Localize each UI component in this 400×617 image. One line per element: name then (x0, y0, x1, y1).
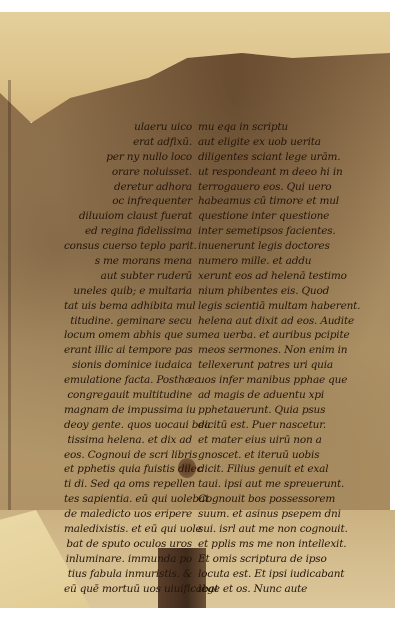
manuscript-line: tellexerunt patres uri quia (198, 358, 348, 373)
manuscript-line: tes sapientia. eū qui uolebat (64, 492, 192, 507)
manuscript-line: dicitū est. Puer nascetur. (198, 418, 348, 433)
manuscript-line: meos sermones. Non enim in (198, 343, 348, 358)
manuscript-line: Cognouit bos possessorem (198, 492, 348, 507)
manuscript-line: et mater eius uirū non a (198, 433, 348, 448)
manuscript-line: Et omis scriptura de ipso (198, 552, 348, 567)
left-text-column: ulaeru uicoerat adfixū.per ny nullo loco… (64, 120, 192, 597)
manuscript-line: lege et os. Nunc aute (198, 582, 348, 597)
manuscript-line: diluuiom claust fuerat (64, 209, 192, 224)
right-text-column: mu eqa in scriptuaut eligite ex uob ueri… (198, 120, 348, 597)
manuscript-line: s me morans mena (64, 254, 192, 269)
manuscript-line: uneles quib; e multaria (64, 284, 192, 299)
manuscript-line: ti di. Sed qa oms repellen (64, 477, 192, 492)
manuscript-line: ut respondeant m deeo hi in (198, 165, 348, 180)
manuscript-line: sionis dominice iudaica (64, 358, 192, 373)
manuscript-line: pphetauerunt. Quia psus (198, 403, 348, 418)
manuscript-line: questione inter questione (198, 209, 348, 224)
manuscript-line: titudine. geminare secu (64, 314, 192, 329)
manuscript-line: maledixistis. et eū qui uole (64, 522, 192, 537)
manuscript-line: congregauit multitudine (64, 388, 192, 403)
binding-edge (8, 80, 11, 520)
manuscript-line: eū quē mortuū uos uiuificabat (64, 582, 192, 597)
manuscript-line: orare noluisset. (64, 165, 192, 180)
manuscript-line: consus cuerso teplo parit. (64, 239, 192, 254)
manuscript-line: uos infer manibus pphae que (198, 373, 348, 388)
manuscript-line: inluminare. immunda po (64, 552, 192, 567)
manuscript-line: ed regina fidelissima (64, 224, 192, 239)
manuscript-line: locuta est. Et ipsi iudicabant (198, 567, 348, 582)
manuscript-line: ad magis de aduentu xpi (198, 388, 348, 403)
manuscript-line: per ny nullo loco (64, 150, 192, 165)
manuscript-line: xerunt eos ad helenā testimo (198, 269, 348, 284)
manuscript-line: emulatione facta. Posthæc (64, 373, 192, 388)
manuscript-line: deoy gente. quos uocaui bea (64, 418, 192, 433)
manuscript-line: deretur adhora (64, 180, 192, 195)
manuscript-line: gnoscet. et iteruū uobis (198, 448, 348, 463)
manuscript-line: erant illic ai tempore pas (64, 343, 192, 358)
manuscript-line: mu eqa in scriptu (198, 120, 348, 135)
manuscript-line: dicit. Filius genuit et exal (198, 462, 348, 477)
manuscript-line: erat adfixū. (64, 135, 192, 150)
manuscript-line: nium phibentes eis. Quod (198, 284, 348, 299)
manuscript-line: helena aut dixit ad eos. Audite (198, 314, 348, 329)
manuscript-line: tissima helena. et dix ad (64, 433, 192, 448)
manuscript-line: de maledicto uos eripere (64, 507, 192, 522)
manuscript-line: magnam de impussima iu (64, 403, 192, 418)
manuscript-line: aut subter ruderū (64, 269, 192, 284)
manuscript-line: aut eligite ex uob uerita (198, 135, 348, 150)
manuscript-line: tat uis bema adhibita mul (64, 299, 192, 314)
manuscript-line: inter semetipsos facientes. (198, 224, 348, 239)
manuscript-line: habeamus cū timore et mul (198, 194, 348, 209)
manuscript-line: locum omem abhis que su (64, 328, 192, 343)
manuscript-line: sui. isrl aut me non cognouit. (198, 522, 348, 537)
manuscript-line: oc infrequenter (64, 194, 192, 209)
manuscript-line: taui. ipsi aut me spreuerunt. (198, 477, 348, 492)
manuscript-line: diligentes sciant lege urām. (198, 150, 348, 165)
manuscript-line: terrogauero eos. Qui uero (198, 180, 348, 195)
manuscript-line: inuenerunt legis doctores (198, 239, 348, 254)
manuscript-line: et pplis ms me non intellexit. (198, 537, 348, 552)
manuscript-line: numero mille. et addu (198, 254, 348, 269)
manuscript-line: et pphetis quia fuistis dilec (64, 462, 192, 477)
manuscript-line: eos. Cognoui de scri libris (64, 448, 192, 463)
manuscript-line: bat de sputo oculos uros (64, 537, 192, 552)
manuscript-line: suum. et asinus psepem dni (198, 507, 348, 522)
manuscript-line: tius fabula inmuristis. & (64, 567, 192, 582)
manuscript-line: mea uerba. et auribus pcipite (198, 328, 348, 343)
manuscript-line: legis scientiā multam haberent. (198, 299, 348, 314)
manuscript-line: ulaeru uico (64, 120, 192, 135)
